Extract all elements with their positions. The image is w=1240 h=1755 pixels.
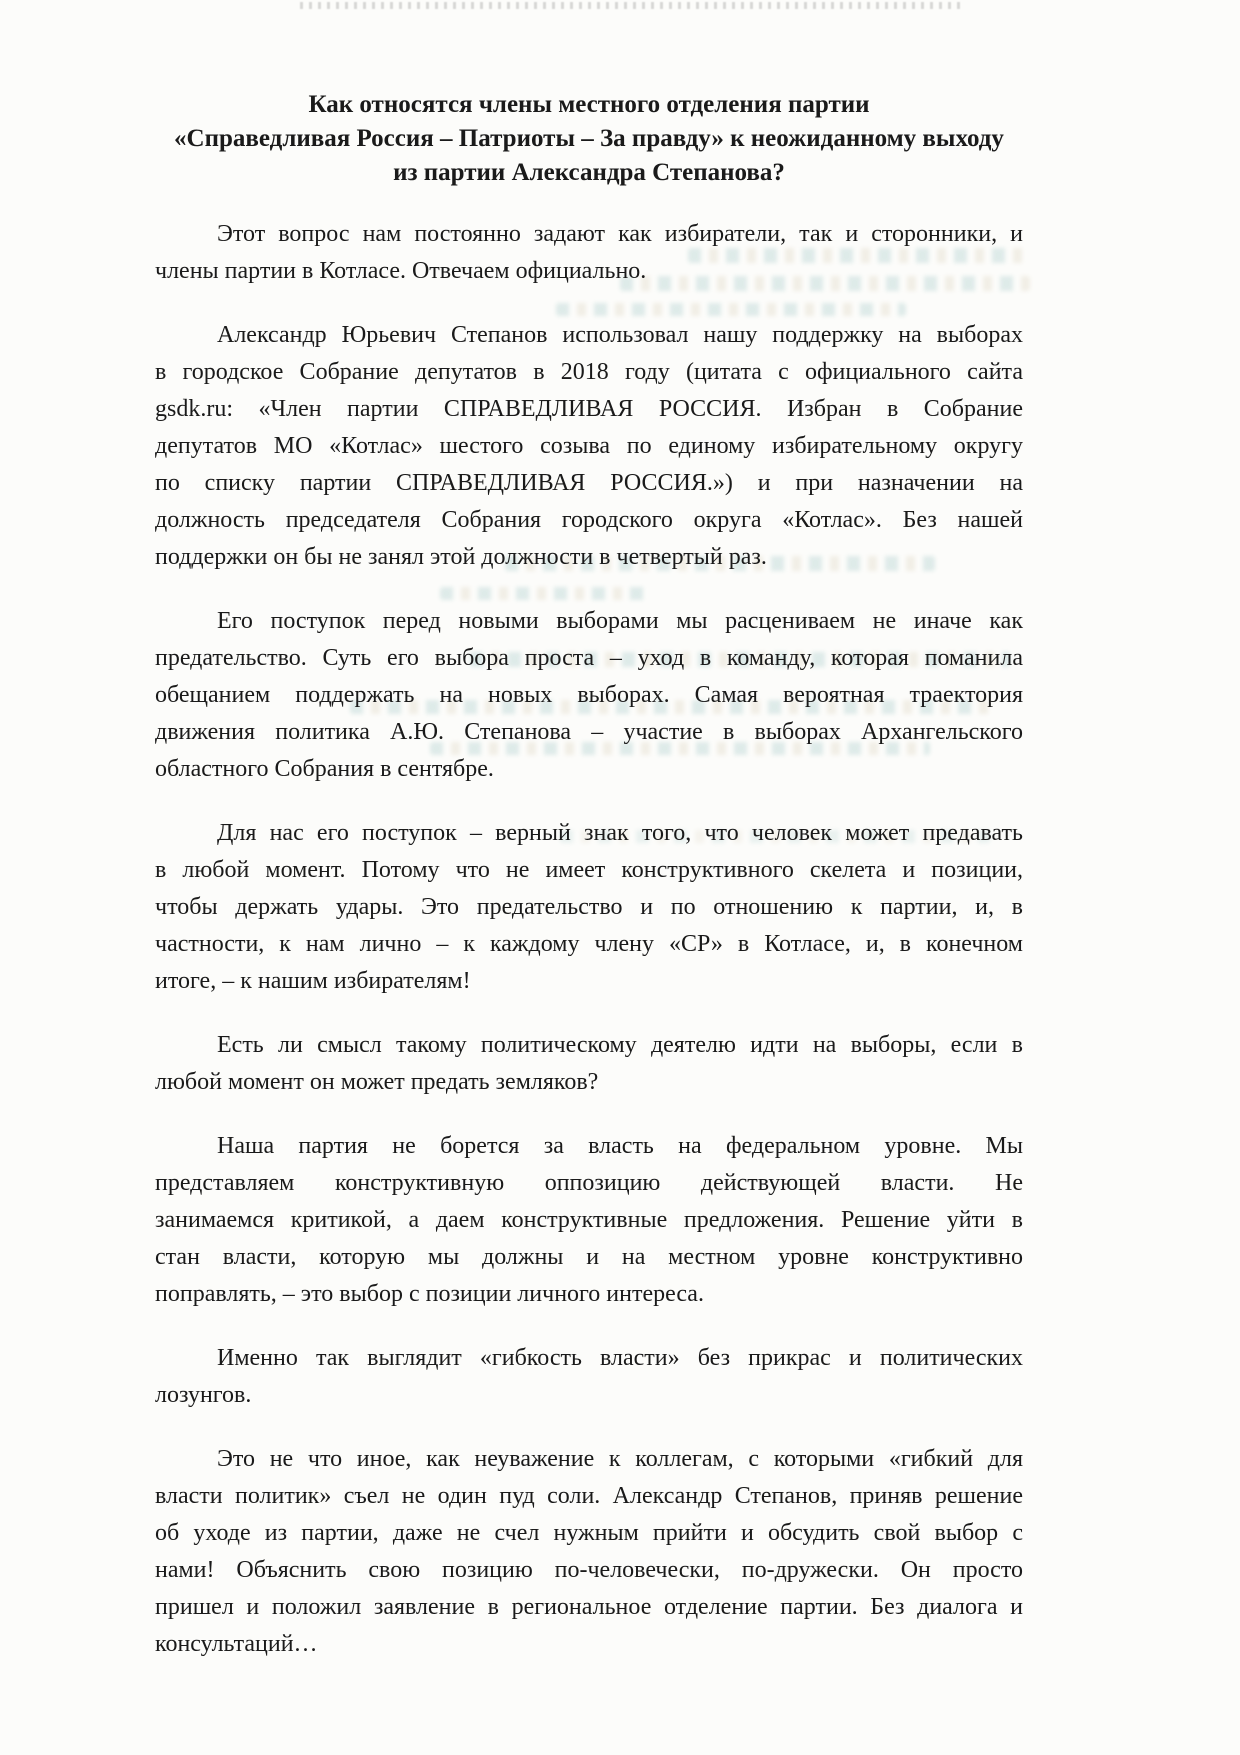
text-line: Именно так выглядит «гибкость власти» бе… bbox=[155, 1340, 1023, 1377]
text-line: об уходе из партии, даже не счел нужным … bbox=[155, 1515, 1023, 1552]
text-line: лозунгов. bbox=[155, 1377, 1023, 1414]
text-line: частности, к нам лично – к каждому члену… bbox=[155, 926, 1023, 963]
text-line: gsdk.ru: «Член партии СПРАВЕДЛИВАЯ РОССИ… bbox=[155, 391, 1023, 428]
paragraph: Именно так выглядит «гибкость власти» бе… bbox=[155, 1340, 1023, 1414]
text-line: Этот вопрос нам постоянно задают как изб… bbox=[155, 216, 1023, 253]
text-line: Для нас его поступок – верный знак того,… bbox=[155, 815, 1023, 852]
text-line: Есть ли смысл такому политическому деяте… bbox=[155, 1027, 1023, 1064]
text-line: Это не что иное, как неуважение к коллег… bbox=[155, 1441, 1023, 1478]
paragraph: Для нас его поступок – верный знак того,… bbox=[155, 815, 1023, 1000]
text-line: движения политика А.Ю. Степанова – участ… bbox=[155, 714, 1023, 751]
text-line: по списку партии СПРАВЕДЛИВАЯ РОССИЯ.») … bbox=[155, 465, 1023, 502]
text-line: члены партии в Котласе. Отвечаем официал… bbox=[155, 253, 1023, 290]
paragraph: Его поступок перед новыми выборами мы ра… bbox=[155, 603, 1023, 788]
bleedthrough-artifact bbox=[300, 2, 960, 9]
text-line: консультаций… bbox=[155, 1626, 1023, 1663]
text-line: итоге, – к нашим избирателям! bbox=[155, 963, 1023, 1000]
text-line: должность председателя Собрания городско… bbox=[155, 502, 1023, 539]
document-title: Как относятся члены местного отделения п… bbox=[155, 88, 1023, 190]
text-line: нами! Объяснить свою позицию по-человече… bbox=[155, 1552, 1023, 1589]
text-line: в любой момент. Потому что не имеет конс… bbox=[155, 852, 1023, 889]
paragraph: Есть ли смысл такому политическому деяте… bbox=[155, 1027, 1023, 1101]
title-line: «Справедливая Россия – Патриоты – За пра… bbox=[155, 122, 1023, 156]
text-line: в городское Собрание депутатов в 2018 го… bbox=[155, 354, 1023, 391]
text-line: любой момент он может предать земляков? bbox=[155, 1064, 1023, 1101]
paragraph: Наша партия не борется за власть на феде… bbox=[155, 1128, 1023, 1313]
text-line: занимаемся критикой, а даем конструктивн… bbox=[155, 1202, 1023, 1239]
text-line: депутатов МО «Котлас» шестого созыва по … bbox=[155, 428, 1023, 465]
paragraph: Александр Юрьевич Степанов использовал н… bbox=[155, 317, 1023, 576]
document-body: Этот вопрос нам постоянно задают как изб… bbox=[155, 216, 1023, 1663]
text-line: поддержки он бы не занял этой должности … bbox=[155, 539, 1023, 576]
text-line: представляем конструктивную оппозицию де… bbox=[155, 1165, 1023, 1202]
paragraph: Этот вопрос нам постоянно задают как изб… bbox=[155, 216, 1023, 290]
text-line: стан власти, которую мы должны и на мест… bbox=[155, 1239, 1023, 1276]
text-line: чтобы держать удары. Это предательство и… bbox=[155, 889, 1023, 926]
document-content: Как относятся члены местного отделения п… bbox=[155, 88, 1023, 1690]
title-line: Как относятся члены местного отделения п… bbox=[155, 88, 1023, 122]
text-line: Александр Юрьевич Степанов использовал н… bbox=[155, 317, 1023, 354]
text-line: Его поступок перед новыми выборами мы ра… bbox=[155, 603, 1023, 640]
text-line: власти политик» съел не один пуд соли. А… bbox=[155, 1478, 1023, 1515]
text-line: предательство. Суть его выбора проста – … bbox=[155, 640, 1023, 677]
paragraph: Это не что иное, как неуважение к коллег… bbox=[155, 1441, 1023, 1663]
scanned-document-page: Как относятся члены местного отделения п… bbox=[0, 0, 1240, 1755]
text-line: пришел и положил заявление в регионально… bbox=[155, 1589, 1023, 1626]
text-line: поправлять, – это выбор с позиции личног… bbox=[155, 1276, 1023, 1313]
title-line: из партии Александра Степанова? bbox=[155, 156, 1023, 190]
text-line: обещанием поддержать на новых выборах. С… bbox=[155, 677, 1023, 714]
text-line: Наша партия не борется за власть на феде… bbox=[155, 1128, 1023, 1165]
text-line: областного Собрания в сентябре. bbox=[155, 751, 1023, 788]
